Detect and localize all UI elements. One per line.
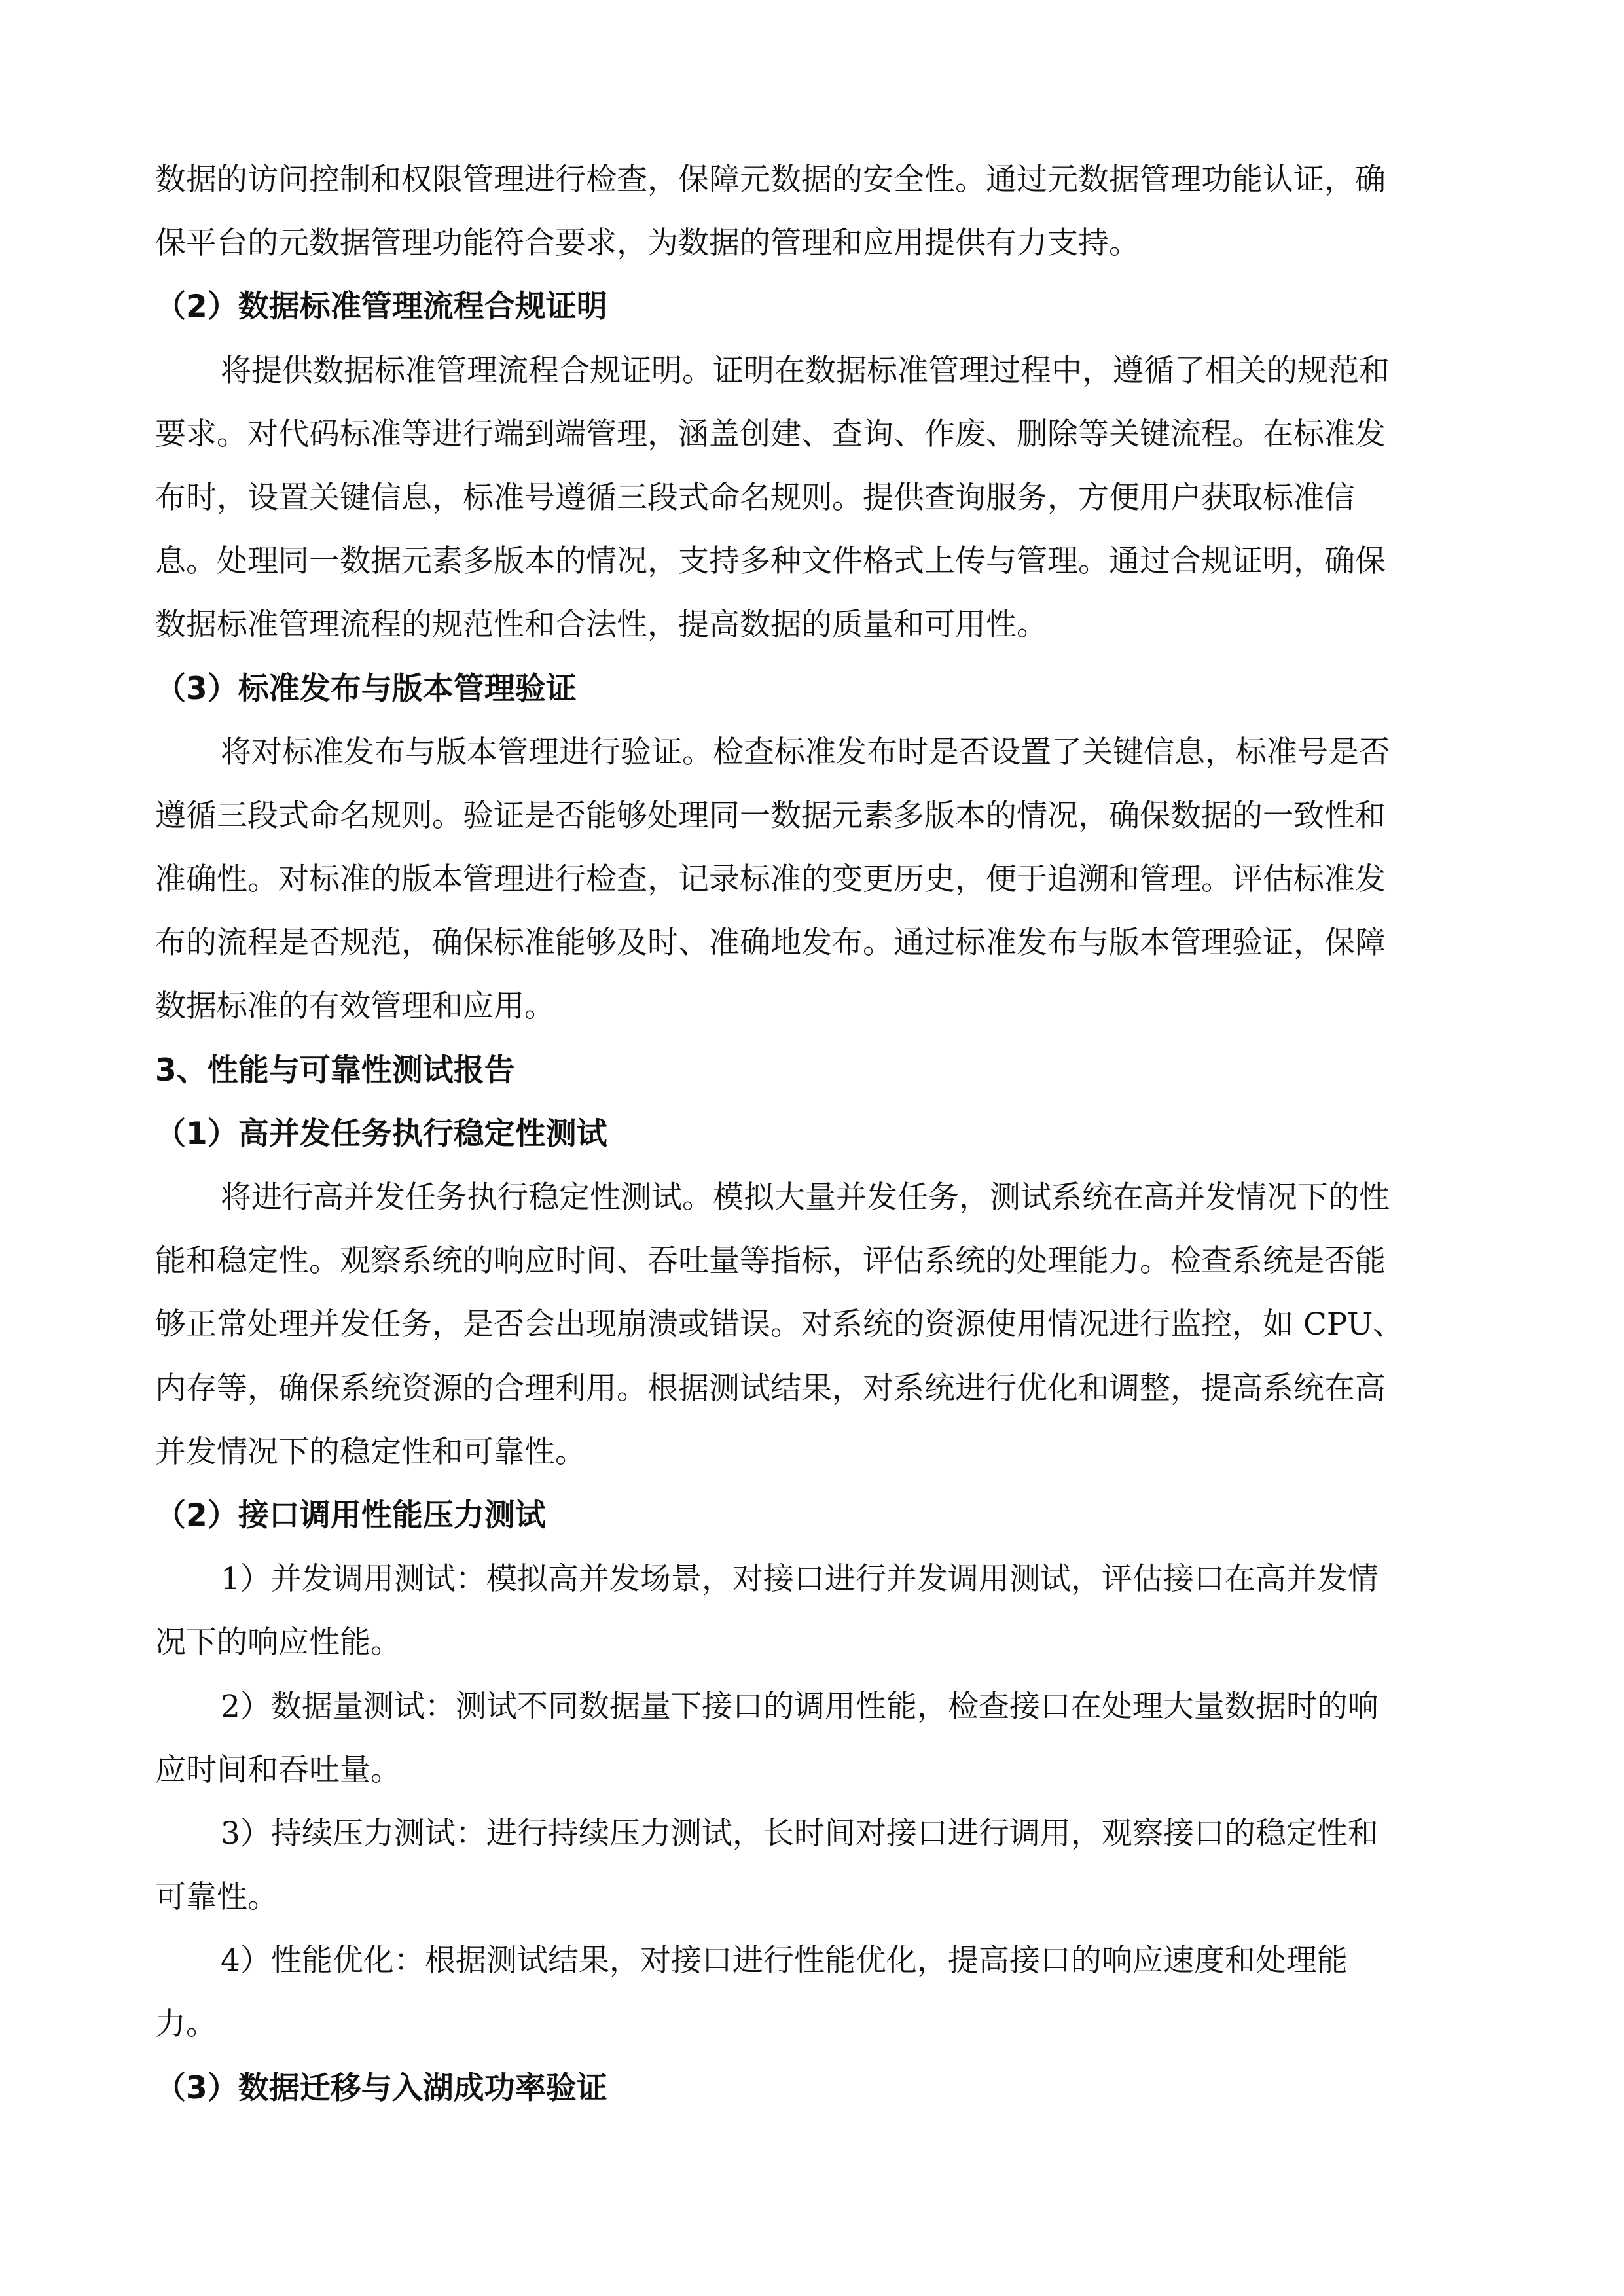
subheading-high-concurrency-test: （1）高并发任务执行稳定性测试: [155, 1102, 1471, 1166]
text-line: 并发情况下的稳定性和可靠性。: [155, 1420, 1471, 1484]
text-line: 布时，设置关键信息，标准号遵循三段式命名规则。提供查询服务，方便用户获取标准信: [155, 466, 1471, 529]
text-line: 2）数据量测试：测试不同数据量下接口的调用性能，检查接口在处理大量数据时的响: [155, 1675, 1471, 1738]
text-line: 况下的响应性能。: [155, 1611, 1471, 1674]
list-item-data-volume: 2）数据量测试：测试不同数据量下接口的调用性能，检查接口在处理大量数据时的响 应…: [155, 1675, 1471, 1802]
paragraph-standard-release-version: 将对标准发布与版本管理进行验证。检查标准发布时是否设置了关键信息，标准号是否 遵…: [155, 721, 1471, 1039]
text-line: 息。处理同一数据元素多版本的情况，支持多种文件格式上传与管理。通过合规证明，确保: [155, 529, 1471, 593]
text-line: 布的流程是否规范，确保标准能够及时、准确地发布。通过标准发布与版本管理验证，保障: [155, 911, 1471, 975]
text-line: 够正常处理并发任务，是否会出现崩溃或错误。对系统的资源使用情况进行监控，如 CP…: [155, 1293, 1471, 1356]
text-line: 准确性。对标准的版本管理进行检查，记录标准的变更历史，便于追溯和管理。评估标准发: [155, 848, 1471, 911]
paragraph-standard-management-compliance: 将提供数据标准管理流程合规证明。证明在数据标准管理过程中，遵循了相关的规范和 要…: [155, 339, 1471, 657]
text-line: 数据标准管理流程的规范性和合法性，提高数据的质量和可用性。: [155, 593, 1471, 656]
text-line: 应时间和吞吐量。: [155, 1738, 1471, 1802]
text-line: 能和稳定性。观察系统的响应时间、吞吐量等指标，评估系统的处理能力。检查系统是否能: [155, 1229, 1471, 1293]
subheading-data-migration-validation: （3）数据迁移与入湖成功率验证: [155, 2056, 1471, 2120]
text-line: 数据的访问控制和权限管理进行检查，保障元数据的安全性。通过元数据管理功能认证，确: [155, 148, 1471, 211]
text-line: 3）持续压力测试：进行持续压力测试，长时间对接口进行调用，观察接口的稳定性和: [155, 1802, 1471, 1865]
text-line: 保平台的元数据管理功能符合要求，为数据的管理和应用提供有力支持。: [155, 211, 1471, 275]
list-item-concurrent-call: 1）并发调用测试：模拟高并发场景，对接口进行并发调用测试，评估接口在高并发情 况…: [155, 1547, 1471, 1674]
text-line: 将进行高并发任务执行稳定性测试。模拟大量并发任务，测试系统在高并发情况下的性: [155, 1166, 1471, 1229]
text-line: 将对标准发布与版本管理进行验证。检查标准发布时是否设置了关键信息，标准号是否: [155, 721, 1471, 784]
paragraph-high-concurrency-test: 将进行高并发任务执行稳定性测试。模拟大量并发任务，测试系统在高并发情况下的性 能…: [155, 1166, 1471, 1484]
text-line: 遵循三段式命名规则。验证是否能够处理同一数据元素多版本的情况，确保数据的一致性和: [155, 784, 1471, 848]
text-line: 力。: [155, 1992, 1471, 2056]
document-page: 数据的访问控制和权限管理进行检查，保障元数据的安全性。通过元数据管理功能认证，确…: [155, 148, 1471, 2120]
subheading-standard-release-version: （3）标准发布与版本管理验证: [155, 657, 1471, 721]
text-line: 可靠性。: [155, 1865, 1471, 1929]
text-line: 要求。对代码标准等进行端到端管理，涵盖创建、查询、作废、删除等关键流程。在标准发: [155, 403, 1471, 466]
list-item-performance-optimization: 4）性能优化：根据测试结果，对接口进行性能优化，提高接口的响应速度和处理能 力。: [155, 1929, 1471, 2056]
list-item-sustained-pressure: 3）持续压力测试：进行持续压力测试，长时间对接口进行调用，观察接口的稳定性和 可…: [155, 1802, 1471, 1929]
text-line: 1）并发调用测试：模拟高并发场景，对接口进行并发调用测试，评估接口在高并发情: [155, 1547, 1471, 1611]
text-line: 将提供数据标准管理流程合规证明。证明在数据标准管理过程中，遵循了相关的规范和: [155, 339, 1471, 403]
text-line: 数据标准的有效管理和应用。: [155, 975, 1471, 1038]
text-line: 内存等，确保系统资源的合理利用。根据测试结果，对系统进行优化和调整，提高系统在高: [155, 1357, 1471, 1420]
subheading-interface-stress-test: （2）接口调用性能压力测试: [155, 1484, 1471, 1547]
text-line: 4）性能优化：根据测试结果，对接口进行性能优化，提高接口的响应速度和处理能: [155, 1929, 1471, 1992]
subheading-standard-management-compliance: （2）数据标准管理流程合规证明: [155, 275, 1471, 338]
section-heading-performance-reliability: 3、性能与可靠性测试报告: [155, 1039, 1471, 1102]
paragraph-continuation: 数据的访问控制和权限管理进行检查，保障元数据的安全性。通过元数据管理功能认证，确…: [155, 148, 1471, 275]
